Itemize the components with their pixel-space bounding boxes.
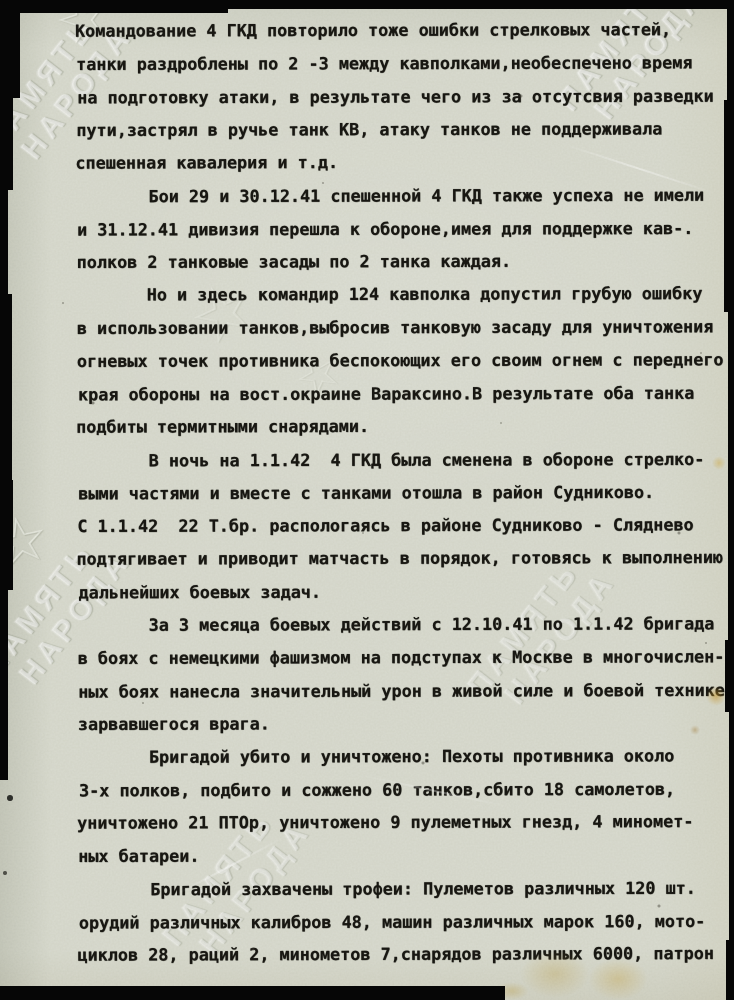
text-line: в боях с немецкими фашизмом на подступах… [78,640,734,675]
text-line: полков 2 танковые засады по 2 танка кажд… [77,244,734,279]
scan-edge-left [0,480,13,590]
text-line: края обороны на вост.окраине Вараксино.В… [78,377,734,412]
text-line: зарвавшегося врага. [78,706,734,741]
text-line: подбиты термитными снарядами. [76,409,734,444]
text-line: За 3 месяца боевых действий с 12.10.41 п… [78,607,734,642]
scan-edge-right [724,100,734,312]
text-line: и 31.12.41 дивизия перешла к обороне,име… [77,212,734,247]
text-line: танки раздроблены по 2 -3 между кавполка… [76,46,734,81]
text-line: В ночь на 1.1.42 4 ГКД была сменена в об… [78,443,734,478]
scan-edge-left [0,0,20,98]
text-line: Но и здесь командир 124 кавполка допусти… [76,277,734,312]
text-line: огневых точек противника беспокоющих его… [77,343,734,378]
text-line: подтягивает и приводит матчасть в порядо… [76,541,734,576]
text-line: уничтожено 21 ПТОр, уничтожено 9 пулемет… [77,805,734,840]
scan-edge-right [725,640,734,712]
scan-edge-right [727,0,734,100]
text-line: выми частями и вместе с танками отошла в… [78,476,734,511]
scan-edge-right [728,312,734,640]
scan-edge-left [0,590,8,780]
text-line: спешенная кавалерия и т.д. [75,145,733,180]
text-line: пути,застрял в ручье танк КВ, атаку танк… [76,112,734,147]
text-line: на подготовку атаки, в результате чего и… [77,80,734,115]
scanned-document-page: ПАМЯТЬ НАРОДА ПАМЯТЬ НАРОДА ПАМЯТЬ НАРОД… [0,0,734,1000]
scan-edge-left [0,190,8,294]
text-line: ных батареи. [78,838,734,873]
text-line: 3-х полков, подбито и сожжено 60 танков,… [79,773,734,808]
text-line: Бригадой захвачены трофеи: Пулеметов раз… [79,872,734,907]
document-text: Командование 4 ГКД повторило тоже ошибки… [76,13,734,972]
text-line: орудий различных калибров 48, машин разл… [79,905,734,940]
text-line: циклов 28, раций 2, минометов 7,снарядов… [77,937,734,972]
text-line: ных боях нанесла значительный урон в жив… [78,674,734,709]
text-line: Бригадой убито и уничтожено: Пехоты прот… [78,739,734,774]
text-line: в использовании танков,выбросив танковую… [77,310,734,345]
text-line: дальнейших боевых задач. [78,575,734,610]
scan-edge-right [726,940,734,1000]
scan-edge-right [729,712,734,940]
text-line: Бои 29 и 30.12.41 спешенной 4 ГКД также … [77,179,734,214]
scan-edge-top [0,0,228,13]
text-line: С 1.1.42 22 Т.бр. распологаясь в районе … [77,508,734,543]
scan-edge-bottom [0,986,505,1000]
scan-edge-left [0,294,12,480]
scan-edge-left [0,98,13,190]
text-line: Командование 4 ГКД повторило тоже ошибки… [75,13,733,48]
